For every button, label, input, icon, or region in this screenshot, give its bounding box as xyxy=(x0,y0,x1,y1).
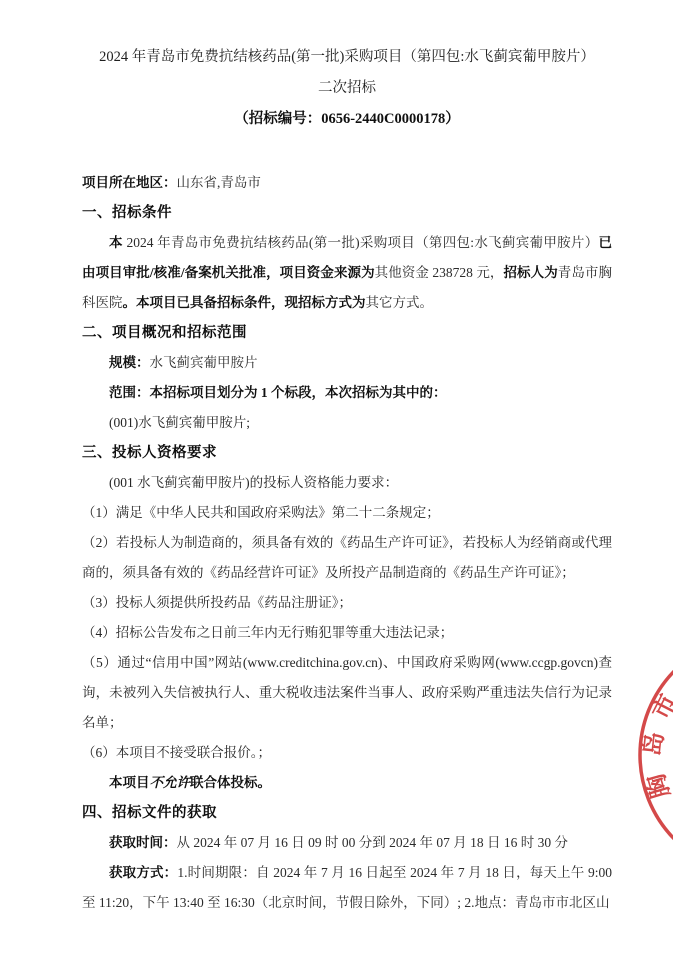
scale-line: 规模：水飞蓟宾葡甲胺片 xyxy=(82,348,612,378)
title-line-2: 二次招标 xyxy=(62,73,632,104)
obtain-time-value: 从 2024 年 07 月 16 日 09 时 00 分到 2024 年 07 … xyxy=(177,835,569,850)
scope-value: 本招标项目划分为 1 个标段，本次招标为其中的： xyxy=(150,385,447,400)
section-heading-1: 一、招标条件 xyxy=(82,198,612,228)
section1-run-regular-1: 2024 年青岛市免费抗结核药品(第一批)采购项目（第四包:水飞蓟宾葡甲胺片） xyxy=(123,235,599,250)
obtain-time-label: 获取时间： xyxy=(109,835,177,850)
section1-run-bold-3: 招标人为 xyxy=(503,265,557,280)
section-heading-2: 二、项目概况和招标范围 xyxy=(82,318,612,348)
obtain-method-label: 获取方式： xyxy=(109,865,177,880)
no-consortium-emphasis: 不允许 xyxy=(150,775,191,790)
document-body: 项目所在地区：山东省,青岛市 一、招标条件 本 2024 年青岛市免费抗结核药品… xyxy=(82,168,612,918)
project-location-value: 山东省,青岛市 xyxy=(177,175,261,190)
section1-run-bold-1: 本 xyxy=(109,235,123,250)
no-consortium-suffix: 联合体投标。 xyxy=(190,775,271,790)
project-location-line: 项目所在地区：山东省,青岛市 xyxy=(82,168,612,198)
obtain-time-line: 获取时间：从 2024 年 07 月 16 日 09 时 00 分到 2024 … xyxy=(82,828,612,858)
qualification-item-1: （1）满足《中华人民共和国政府采购法》第二十二条规定； xyxy=(82,498,612,528)
qualification-item-2: （2）若投标人为制造商的，须具备有效的《药品生产许可证》，若投标人为经销商或代理… xyxy=(82,528,612,588)
tender-number: （招标编号：0656-2440C0000178） xyxy=(62,104,632,135)
qualification-item-6: （6）本项目不接受联合报价。； xyxy=(82,738,612,768)
section1-paragraph: 本 2024 年青岛市免费抗结核药品(第一批)采购项目（第四包:水飞蓟宾葡甲胺片… xyxy=(82,228,612,318)
page-content: 2024 年青岛市免费抗结核药品(第一批)采购项目（第四包:水飞蓟宾葡甲胺片） … xyxy=(82,0,612,918)
official-seal-stamp-icon: 市 岛 胸 xyxy=(633,640,673,850)
section1-run-regular-2: 其他资金 238728 元， xyxy=(375,265,504,280)
section-heading-3: 三、投标人资格要求 xyxy=(82,438,612,468)
project-location-label: 项目所在地区： xyxy=(82,175,177,190)
section1-run-bold-4: 。本项目已具备招标条件，现招标方式为 xyxy=(123,295,366,310)
qualification-item-4: （4）招标公告发布之日前三年内无行贿犯罪等重大违法记录； xyxy=(82,618,612,648)
no-consortium-prefix: 本项目 xyxy=(109,775,150,790)
qualification-intro: (001 水飞蓟宾葡甲胺片)的投标人资格能力要求： xyxy=(82,468,612,498)
scale-label: 规模： xyxy=(109,355,150,370)
qualification-item-3: （3）投标人须提供所投药品《药品注册证》； xyxy=(82,588,612,618)
document-page: 2024 年青岛市免费抗结核药品(第一批)采购项目（第四包:水飞蓟宾葡甲胺片） … xyxy=(0,0,673,960)
document-title: 2024 年青岛市免费抗结核药品(第一批)采购项目（第四包:水飞蓟宾葡甲胺片） … xyxy=(62,42,632,135)
scale-value: 水飞蓟宾葡甲胺片 xyxy=(150,355,258,370)
obtain-method-line: 获取方式：1.时间期限：自 2024 年 7 月 16 日起至 2024 年 7… xyxy=(82,858,612,918)
scope-label: 范围： xyxy=(109,385,150,400)
scope-line: 范围：本招标项目划分为 1 个标段，本次招标为其中的： xyxy=(82,378,612,408)
section1-run-regular-4: 其它方式。 xyxy=(366,295,434,310)
title-line-1: 2024 年青岛市免费抗结核药品(第一批)采购项目（第四包:水飞蓟宾葡甲胺片） xyxy=(62,42,632,73)
lot-line: (001)水飞蓟宾葡甲胺片; xyxy=(82,408,612,438)
seal-char-1: 市 xyxy=(648,690,673,724)
section-heading-4: 四、招标文件的获取 xyxy=(82,798,612,828)
seal-char-2: 岛 xyxy=(638,731,668,758)
qualification-item-5: （5）通过“信用中国”网站(www.creditchina.gov.cn)、中国… xyxy=(82,648,612,738)
no-consortium-line: 本项目不允许联合体投标。 xyxy=(82,768,612,798)
